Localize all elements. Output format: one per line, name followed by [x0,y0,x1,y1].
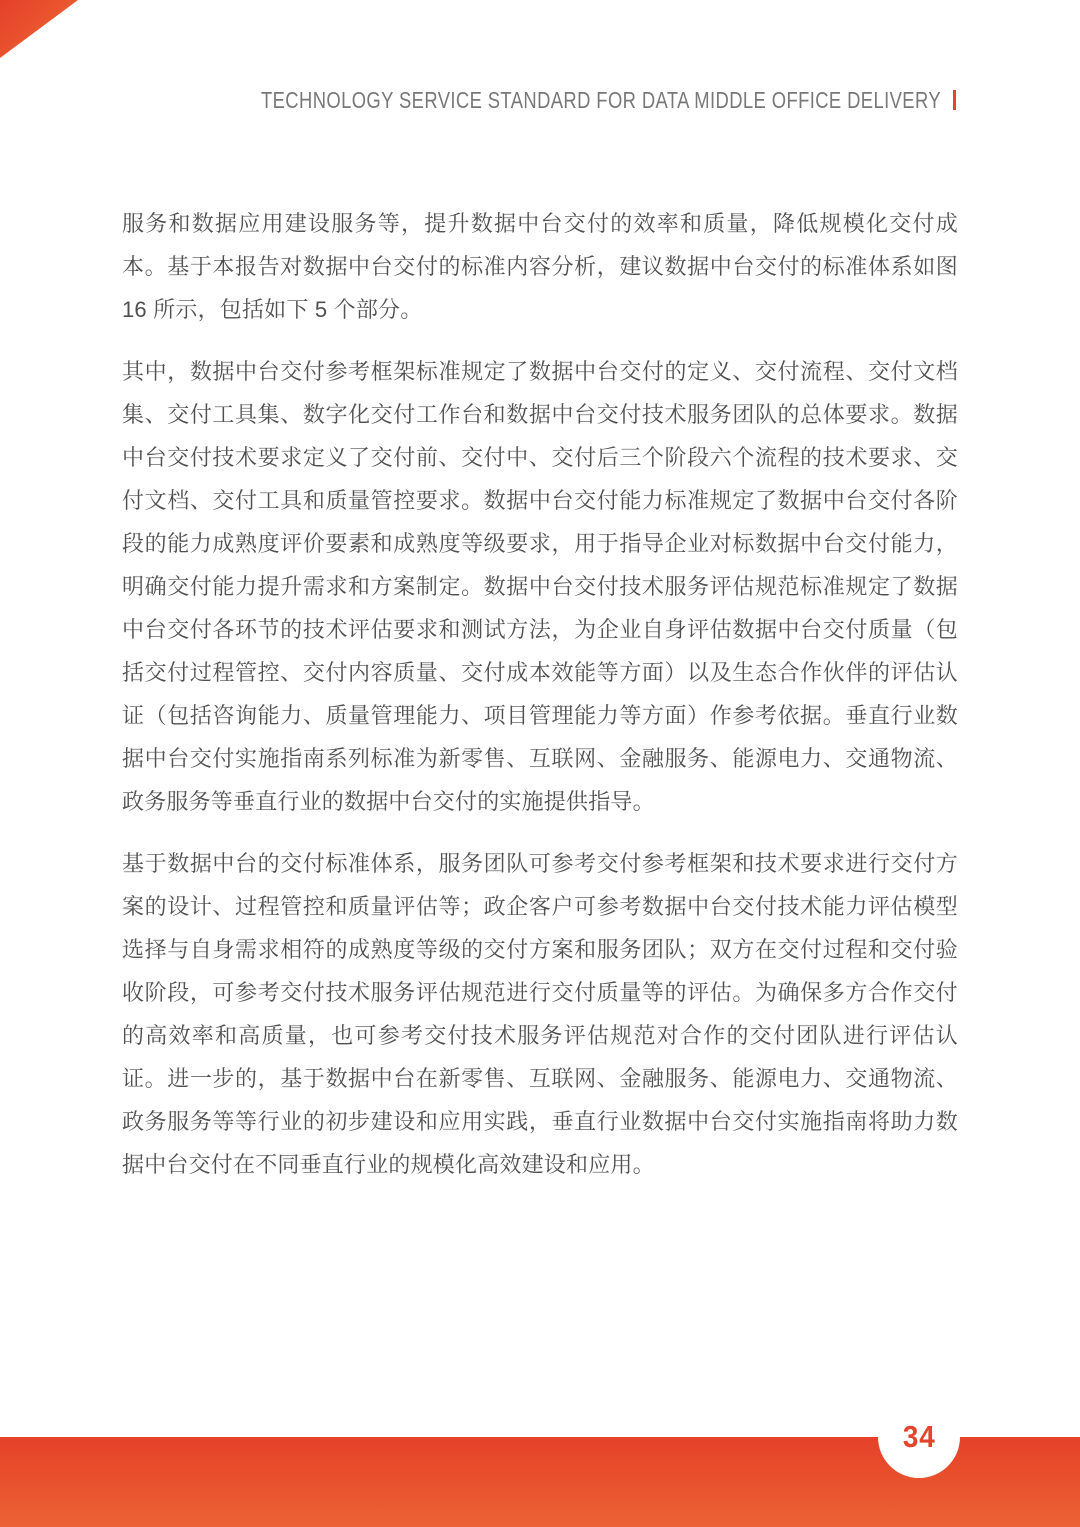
page-number-badge: 34 [878,1396,960,1478]
corner-ribbon-icon [0,0,78,58]
page-header: TECHNOLOGY SERVICE STANDARD FOR DATA MID… [91,86,956,114]
page-number: 34 [903,1419,936,1455]
body-text: 服务和数据应用建设服务等，提升数据中台交付的效率和质量，降低规模化交付成本。基于… [122,202,958,1205]
document-page: TECHNOLOGY SERVICE STANDARD FOR DATA MID… [0,0,1080,1527]
paragraph-3: 基于数据中台的交付标准体系，服务团队可参考交付参考框架和技术要求进行交付方案的设… [122,842,958,1186]
paragraph-1: 服务和数据应用建设服务等，提升数据中台交付的效率和质量，降低规模化交付成本。基于… [122,202,958,331]
header-divider-bar [953,90,956,110]
paragraph-2: 其中，数据中台交付参考框架标准规定了数据中台交付的定义、交付流程、交付文档集、交… [122,350,958,823]
header-title: TECHNOLOGY SERVICE STANDARD FOR DATA MID… [261,87,941,114]
